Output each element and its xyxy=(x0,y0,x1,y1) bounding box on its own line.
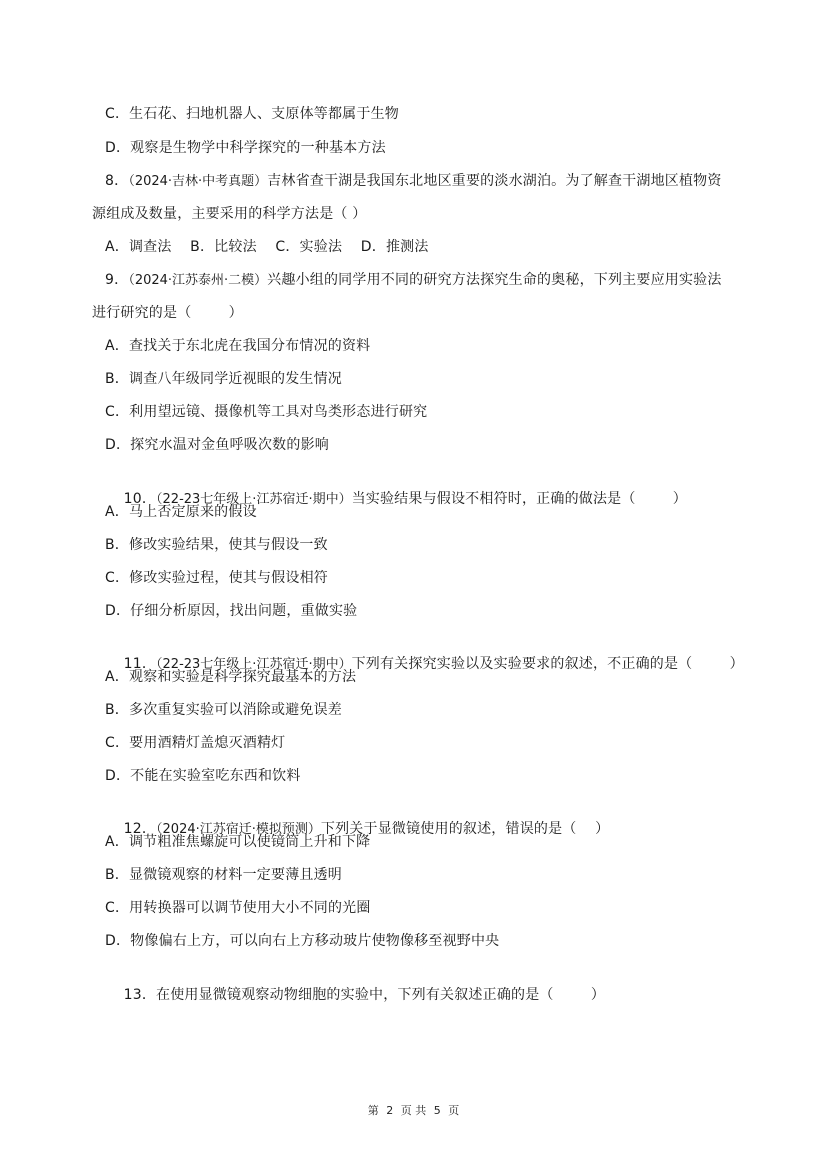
question-source: （2024·江苏泰州·二模） xyxy=(128,273,267,288)
question-source: （2024·吉林·中考真题） xyxy=(128,174,267,189)
question-number: 8． xyxy=(105,173,128,189)
question-text: 在使用显微镜观察动物细胞的实验中，下列有关叙述正确的是（ ） xyxy=(156,987,605,1003)
q7-option-d: D．观察是生物学中科学探究的一种基本方法 xyxy=(105,138,386,158)
q11-option-a: A．观察和实验是科学探究最基本的方法 xyxy=(105,667,356,687)
q11-option-d: D．不能在实验室吃东西和饮料 xyxy=(105,766,301,786)
question-text: 下列有关探究实验以及实验要求的叙述，不正确的是（ ） xyxy=(352,656,744,672)
page-footer: 第 2 页 共 5 页 xyxy=(0,1103,827,1119)
question-number: 13． xyxy=(124,987,156,1003)
question-text: 当实验结果与假设不相符时，正确的做法是（ ） xyxy=(352,491,687,507)
q11-option-c: C．要用酒精灯盖熄灭酒精灯 xyxy=(105,733,285,753)
q9-stem-line-1: 9．（2024·江苏泰州·二模）兴趣小组的同学用不同的研究方法探究生命的奥秘，下… xyxy=(105,270,722,291)
q10-option-c: C．修改实验过程，使其与假设相符 xyxy=(105,568,328,588)
question-number: 9． xyxy=(105,272,128,288)
q9-option-c: C．利用望远镜、摄像机等工具对鸟类形态进行研究 xyxy=(105,402,427,422)
document-page: C．生石花、扫地机器人、支原体等都属于生物 D．观察是生物学中科学探究的一种基本… xyxy=(0,0,827,1169)
q12-option-d: D．物像偏右上方，可以向右上方移动玻片使物像移至视野中央 xyxy=(105,931,499,951)
total-pages-number: 5 xyxy=(434,1104,441,1117)
q12-option-c: C．用转换器可以调节使用大小不同的光圈 xyxy=(105,898,371,918)
q13-stem: 13．在使用显微镜观察动物细胞的实验中，下列有关叙述正确的是（ ） xyxy=(105,965,605,1025)
page-label-suffix: 页 xyxy=(448,1104,459,1117)
q9-option-b: B．调查八年级同学近视眼的发生情况 xyxy=(105,369,342,389)
q12-option-b: B．显微镜观察的材料一定要薄且透明 xyxy=(105,865,342,885)
q8-options: A．调查法 B．比较法 C．实验法 D．推测法 xyxy=(105,237,429,257)
q10-option-d: D．仔细分析原因，找出问题，重做实验 xyxy=(105,601,357,621)
q11-option-b: B．多次重复实验可以消除或避免误差 xyxy=(105,700,342,720)
q8-stem-line-2: 源组成及数量，主要采用的科学方法是（ ） xyxy=(92,204,366,224)
q10-option-b: B．修改实验结果，使其与假设一致 xyxy=(105,535,328,555)
q8-stem-line-1: 8．（2024·吉林·中考真题）吉林省查干湖是我国东北地区重要的淡水湖泊。为了解… xyxy=(105,171,722,192)
q7-option-c: C．生石花、扫地机器人、支原体等都属于生物 xyxy=(105,104,399,124)
question-text: 吉林省查干湖是我国东北地区重要的淡水湖泊。为了解查干湖地区植物资 xyxy=(267,173,721,189)
page-label-prefix: 第 xyxy=(368,1104,379,1117)
q10-option-a: A．马上否定原来的假设 xyxy=(105,502,257,522)
q9-option-a: A．查找关于东北虎在我国分布情况的资料 xyxy=(105,336,370,356)
question-text: 兴趣小组的同学用不同的研究方法探究生命的奥秘，下列主要应用实验法 xyxy=(267,272,721,288)
current-page-number: 2 xyxy=(386,1104,393,1117)
page-label-mid: 页 共 xyxy=(401,1104,427,1117)
q9-stem-line-2: 进行研究的是（ ） xyxy=(92,303,243,323)
q9-option-d: D．探究水温对金鱼呼吸次数的影响 xyxy=(105,435,329,455)
q12-option-a: A．调节粗准焦螺旋可以使镜筒上升和下降 xyxy=(105,832,370,852)
